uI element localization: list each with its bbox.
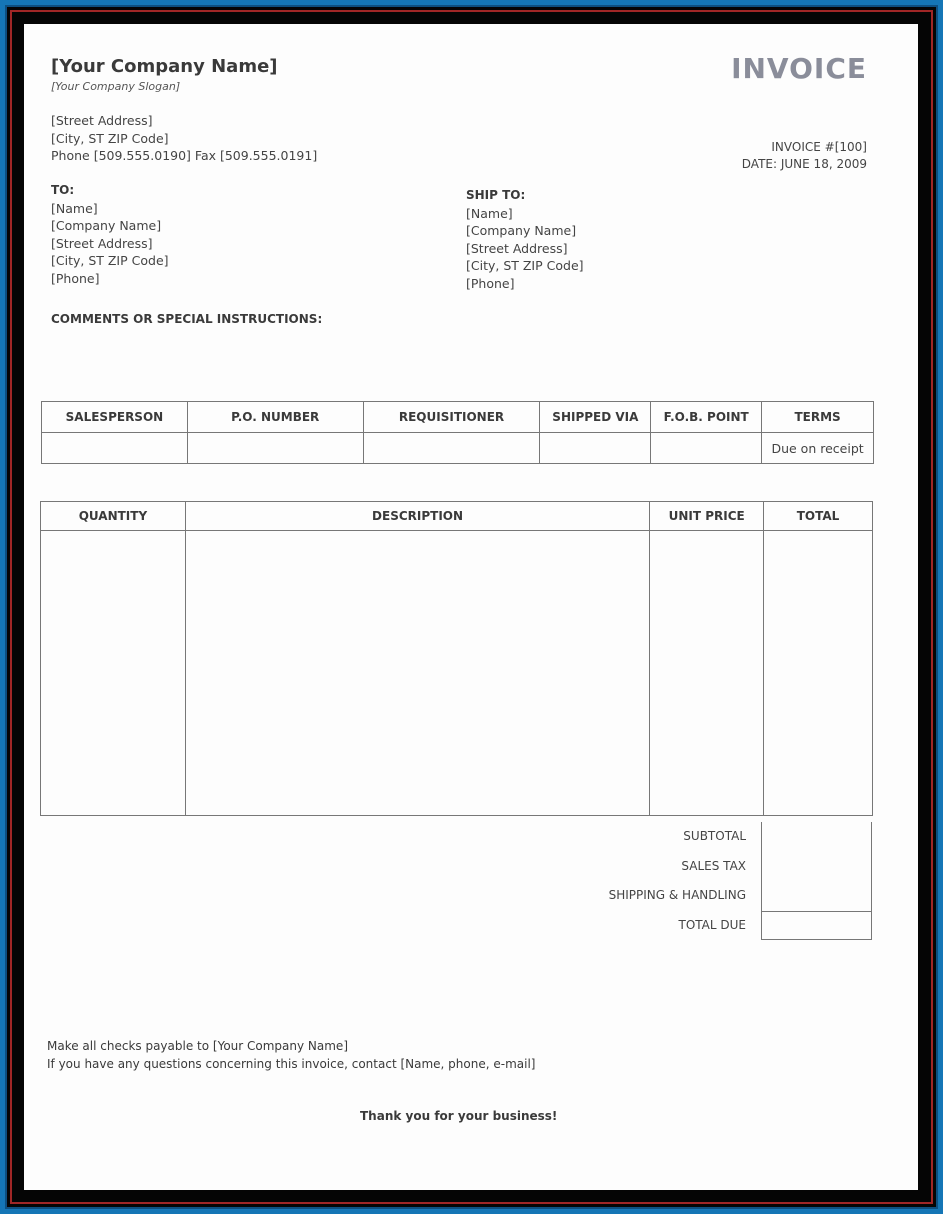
header-fob-point: F.O.B. POINT bbox=[651, 402, 762, 433]
invoice-date: DATE: JUNE 18, 2009 bbox=[742, 156, 867, 173]
footer-notes: Make all checks payable to [Your Company… bbox=[47, 1037, 535, 1073]
bill-to-name: [Name] bbox=[51, 200, 169, 218]
payable-note: Make all checks payable to [Your Company… bbox=[47, 1037, 535, 1055]
header-salesperson: SALESPERSON bbox=[42, 402, 188, 433]
header-total: TOTAL bbox=[764, 502, 873, 531]
header-terms: TERMS bbox=[762, 402, 874, 433]
shipping-handling-row: SHIPPING & HANDLING bbox=[584, 881, 871, 911]
comments-label: COMMENTS OR SPECIAL INSTRUCTIONS: bbox=[51, 312, 322, 326]
subtotal-value[interactable] bbox=[761, 822, 872, 852]
ship-to-company: [Company Name] bbox=[466, 222, 584, 240]
quantity-column[interactable] bbox=[41, 531, 186, 816]
shipping-handling-value[interactable] bbox=[761, 881, 872, 911]
shipping-table: SALESPERSON P.O. NUMBER REQUISITIONER SH… bbox=[41, 401, 874, 464]
company-slogan: [Your Company Slogan] bbox=[51, 80, 180, 93]
header-po-number: P.O. NUMBER bbox=[187, 402, 363, 433]
cell-po-number[interactable] bbox=[187, 433, 363, 464]
cell-salesperson[interactable] bbox=[42, 433, 188, 464]
company-city: [City, ST ZIP Code] bbox=[51, 130, 317, 148]
sales-tax-value[interactable] bbox=[761, 852, 872, 882]
company-street: [Street Address] bbox=[51, 112, 317, 130]
bill-to-phone: [Phone] bbox=[51, 270, 169, 288]
header-requisitioner: REQUISITIONER bbox=[363, 402, 540, 433]
ship-to-city: [City, ST ZIP Code] bbox=[466, 257, 584, 275]
cell-shipped-via[interactable] bbox=[540, 433, 651, 464]
unit-price-column[interactable] bbox=[650, 531, 764, 816]
total-due-row: TOTAL DUE bbox=[584, 911, 871, 941]
cell-fob-point[interactable] bbox=[651, 433, 762, 464]
bill-to-street: [Street Address] bbox=[51, 235, 169, 253]
sales-tax-row: SALES TAX bbox=[584, 852, 871, 882]
items-body-row bbox=[41, 531, 873, 816]
ship-to-street: [Street Address] bbox=[466, 240, 584, 258]
header-unit-price: UNIT PRICE bbox=[650, 502, 764, 531]
contact-note: If you have any questions concerning thi… bbox=[47, 1055, 535, 1073]
invoice-meta: INVOICE #[100] DATE: JUNE 18, 2009 bbox=[742, 139, 867, 173]
shipping-data-row: Due on receipt bbox=[42, 433, 874, 464]
sales-tax-label: SALES TAX bbox=[681, 859, 746, 873]
cell-terms[interactable]: Due on receipt bbox=[762, 433, 874, 464]
header-quantity: QUANTITY bbox=[41, 502, 186, 531]
bill-to-label: TO: bbox=[51, 182, 169, 200]
totals-section: SUBTOTAL SALES TAX SHIPPING & HANDLING T… bbox=[584, 822, 871, 940]
subtotal-row: SUBTOTAL bbox=[584, 822, 871, 852]
bill-to-city: [City, ST ZIP Code] bbox=[51, 252, 169, 270]
header-shipped-via: SHIPPED VIA bbox=[540, 402, 651, 433]
invoice-page: [Your Company Name] [Your Company Slogan… bbox=[24, 24, 918, 1190]
items-header-row: QUANTITY DESCRIPTION UNIT PRICE TOTAL bbox=[41, 502, 873, 531]
total-due-label: TOTAL DUE bbox=[679, 918, 747, 932]
ship-to-name: [Name] bbox=[466, 205, 584, 223]
company-phone-fax: Phone [509.555.0190] Fax [509.555.0191] bbox=[51, 147, 317, 165]
ship-to-block: SHIP TO: [Name] [Company Name] [Street A… bbox=[466, 187, 584, 292]
bill-to-block: TO: [Name] [Company Name] [Street Addres… bbox=[51, 182, 169, 287]
total-due-value[interactable] bbox=[761, 911, 872, 941]
ship-to-label: SHIP TO: bbox=[466, 187, 584, 205]
shipping-header-row: SALESPERSON P.O. NUMBER REQUISITIONER SH… bbox=[42, 402, 874, 433]
company-name: [Your Company Name] bbox=[51, 56, 278, 77]
description-column[interactable] bbox=[185, 531, 649, 816]
cell-requisitioner[interactable] bbox=[363, 433, 540, 464]
thank-you-note: Thank you for your business! bbox=[360, 1109, 557, 1123]
invoice-title: INVOICE bbox=[731, 52, 867, 85]
ship-to-phone: [Phone] bbox=[466, 275, 584, 293]
items-table: QUANTITY DESCRIPTION UNIT PRICE TOTAL bbox=[40, 501, 873, 816]
shipping-handling-label: SHIPPING & HANDLING bbox=[609, 888, 746, 902]
total-column[interactable] bbox=[764, 531, 873, 816]
invoice-number: INVOICE #[100] bbox=[742, 139, 867, 156]
header-description: DESCRIPTION bbox=[185, 502, 649, 531]
bill-to-company: [Company Name] bbox=[51, 217, 169, 235]
subtotal-label: SUBTOTAL bbox=[683, 829, 746, 843]
company-address: [Street Address] [City, ST ZIP Code] Pho… bbox=[51, 112, 317, 165]
